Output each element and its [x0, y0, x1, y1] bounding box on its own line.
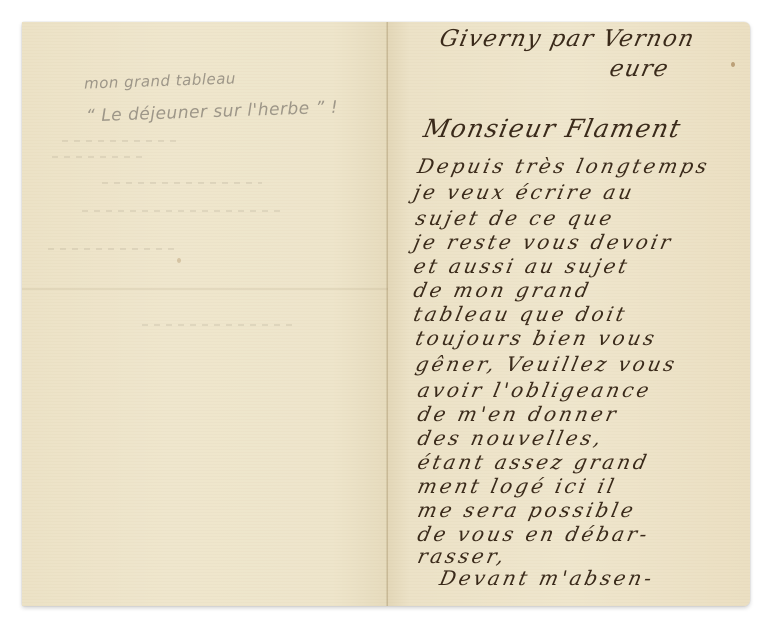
body-line: de m'en donner: [415, 402, 621, 426]
body-line: ment logé ici il: [415, 474, 619, 498]
horizontal-crease: [22, 288, 388, 290]
body-line: et aussi au sujet: [411, 254, 632, 278]
salutation: Monsieur Flament: [421, 114, 684, 143]
body-line: rasser,: [415, 544, 509, 568]
body-line: Devant m'absen-: [437, 566, 656, 590]
place-header-line-1: Giverny par Vernon: [437, 26, 697, 52]
body-line: de mon grand: [411, 278, 593, 302]
paper-spot: [177, 258, 181, 263]
left-page: mon grand tableau “ Le déjeuner sur l'he…: [22, 22, 388, 606]
body-line: sujet de ce que: [413, 206, 617, 230]
letter-sheet: mon grand tableau “ Le déjeuner sur l'he…: [22, 22, 750, 606]
body-line: gêner, Veuillez vous: [413, 352, 679, 376]
place-header-line-2: eure: [607, 56, 672, 82]
body-line: toujours bien vous: [413, 326, 659, 350]
body-line: étant assez grand: [415, 450, 651, 474]
body-line: me sera possible: [415, 498, 638, 522]
body-line: je veux écrire au: [411, 180, 637, 204]
paper-spot: [731, 62, 735, 67]
show-through-mark: [142, 324, 292, 326]
body-line: des nouvelles,: [415, 426, 606, 450]
body-line: de vous en débar-: [415, 522, 652, 546]
show-through-mark: [52, 156, 142, 158]
show-through-mark: [62, 140, 182, 142]
body-line: tableau que doit: [411, 302, 629, 326]
pencil-note-1: mon grand tableau: [84, 69, 236, 92]
show-through-mark: [48, 248, 178, 250]
show-through-mark: [82, 210, 282, 212]
body-line: je reste vous devoir: [411, 230, 675, 254]
body-line: avoir l'obligeance: [415, 378, 654, 402]
body-line: Depuis très longtemps: [415, 154, 712, 178]
pencil-note-2: “ Le déjeuner sur l'herbe ” !: [86, 98, 339, 127]
show-through-mark: [102, 182, 262, 184]
right-page: Giverny par Vernon eure Monsieur Flament…: [388, 22, 750, 606]
